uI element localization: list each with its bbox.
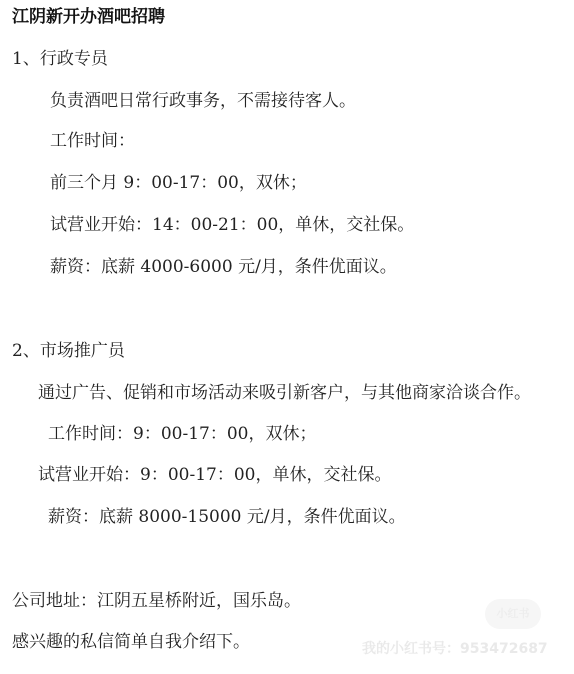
company-address: 公司地址：江阴五星桥附近，国乐岛。 bbox=[12, 590, 301, 612]
position-2-salary: 薪资：底薪 8000-15000 元/月，条件优面议。 bbox=[48, 506, 406, 528]
position-2-hours-trial: 试营业开始：9：00-17：00，单休，交社保。 bbox=[38, 464, 391, 486]
position-1-hours-initial: 前三个月 9：00-17：00，双休； bbox=[50, 172, 307, 194]
contact-instruction: 感兴趣的私信简单自我介绍下。 bbox=[12, 631, 250, 653]
position-2-heading: 2、市场推广员 bbox=[12, 340, 125, 362]
watermark-text: 我的小红书号：953472687 bbox=[362, 638, 548, 658]
position-1-hours-label: 工作时间： bbox=[50, 130, 135, 152]
position-1-heading: 1、行政专员 bbox=[12, 48, 108, 70]
position-1-description: 负责酒吧日常行政事务，不需接待客人。 bbox=[50, 90, 356, 112]
position-2-description: 通过广告、促销和市场活动来吸引新客户，与其他商家洽谈合作。 bbox=[38, 382, 531, 404]
position-1-salary: 薪资：底薪 4000-6000 元/月，条件优面议。 bbox=[50, 256, 397, 278]
page-title: 江阴新开办酒吧招聘 bbox=[12, 6, 165, 28]
watermark-badge: 小红书 bbox=[485, 599, 541, 629]
position-1-hours-trial: 试营业开始：14：00-21：00，单休，交社保。 bbox=[50, 214, 414, 236]
position-2-hours: 工作时间：9：00-17：00，双休； bbox=[48, 423, 316, 445]
